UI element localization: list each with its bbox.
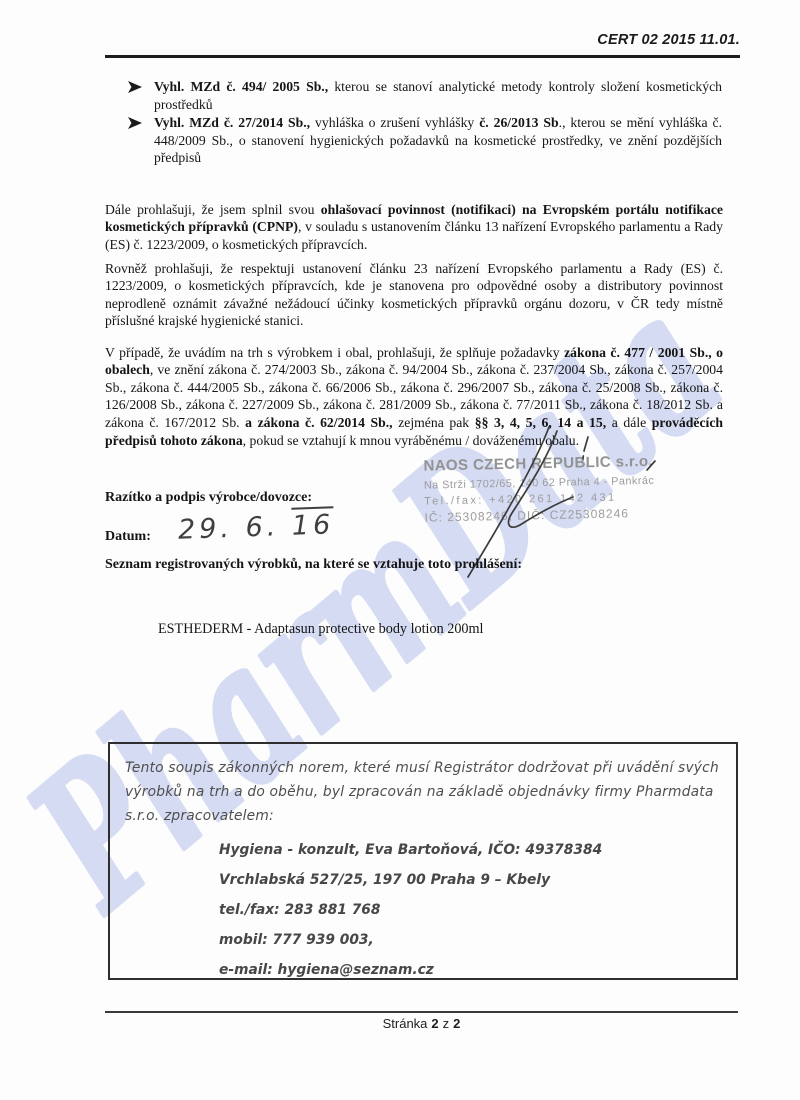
handwritten-date: 29. 6. 16 <box>178 509 335 545</box>
regulation-bullet-list: Vyhl. MZd č. 494/ 2005 Sb., kterou se st… <box>128 78 722 167</box>
contact-telfax: tel./fax: 283 881 768 <box>219 902 721 918</box>
document-code: CERT 02 2015 11.01. <box>597 32 740 48</box>
bullet-text: Vyhl. MZd č. 494/ 2005 Sb., kterou se st… <box>154 79 722 112</box>
company-stamp: NAOS CZECH REPUBLIC s.r.o. Na Strži 1702… <box>423 452 674 524</box>
footer-prefix: Stránka <box>383 1016 428 1031</box>
paragraph-text: zejména pak <box>393 415 475 430</box>
bullet-item-vyhl-27: Vyhl. MZd č. 27/2014 Sb., vyhláška o zru… <box>128 114 722 167</box>
bullet-bold: č. 26/2013 Sb <box>479 115 558 130</box>
paragraph-text: , pokud se vztahují k mnou vyráběnému / … <box>243 433 579 448</box>
paragraph-article-23: Rovněž prohlašuji, že respektuji ustanov… <box>105 260 723 330</box>
bullet-bold: Vyhl. MZd č. 27/2014 Sb., <box>154 115 310 130</box>
paragraph-bold: §§ 3, 4, 5, 6, 14 a 15, <box>475 415 606 430</box>
paragraph-text: V případě, že uvádím na trh s výrobkem i… <box>105 345 564 360</box>
header-rule <box>105 55 740 58</box>
date-label: Datum: <box>105 529 151 545</box>
note-intro: Tento soupis zákonných norem, které musí… <box>125 756 721 828</box>
scanned-document-page: PharmData CERT 02 2015 11.01. Vyhl. MZd … <box>0 0 800 1100</box>
contact-email: e-mail: hygiena@seznam.cz <box>219 962 721 978</box>
stamp-address: Na Strži 1702/65, 140 62 Praha 4 - Pankr… <box>424 474 674 491</box>
footer-page-number: 2 <box>431 1016 438 1031</box>
footer-rule <box>105 1011 738 1013</box>
stamp-company-name: NAOS CZECH REPUBLIC s.r.o. <box>423 452 673 474</box>
paragraph-notification: Dále prohlašuji, že jsem splnil svou ohl… <box>105 201 723 254</box>
paragraph-text: a dále <box>606 415 652 430</box>
paragraph-text: Dále prohlašuji, že jsem splnil svou <box>105 202 321 217</box>
paragraph-packaging-law: V případě, že uvádím na trh s výrobkem i… <box>105 344 723 450</box>
paragraph-bold: a zákona č. 62/2014 Sb., <box>245 415 392 430</box>
stamp-signature-label: Razítko a podpis výrobce/dovozce: <box>105 490 312 506</box>
footer-total-pages: 2 <box>453 1016 460 1031</box>
registered-products-label: Seznam registrovaných výrobků, na které … <box>105 557 522 573</box>
footer-separator: z <box>443 1016 450 1031</box>
date-day-month: 29. 6. <box>178 511 293 546</box>
bullet-rest: vyhláška o zrušení vyhlášky <box>310 115 479 130</box>
contact-mobile: mobil: 777 939 003, <box>219 932 721 948</box>
paragraph-text: Rovněž prohlašuji, že respektuji ustanov… <box>105 261 723 329</box>
contact-address: Vrchlabská 527/25, 197 00 Praha 9 – Kbel… <box>219 872 721 888</box>
arrow-bullet-icon <box>128 81 142 93</box>
page-indicator: Stránka2z2 <box>105 1016 738 1031</box>
product-line: ESTHEDERM - Adaptasun protective body lo… <box>158 621 484 638</box>
bullet-text: Vyhl. MZd č. 27/2014 Sb., vyhláška o zru… <box>154 115 722 165</box>
stamp-ids: IČ: 25308246, DIČ: CZ25308246 <box>424 505 674 524</box>
registrar-note-box: Tento soupis zákonných norem, které musí… <box>108 742 738 980</box>
bullet-bold: Vyhl. MZd č. 494/ 2005 Sb., <box>154 79 328 94</box>
arrow-bullet-icon <box>128 117 142 129</box>
stamp-phone: Tel./fax: +420 261 142 431 <box>424 490 674 507</box>
bullet-item-vyhl-494: Vyhl. MZd č. 494/ 2005 Sb., kterou se st… <box>128 78 722 113</box>
contact-company: Hygiena - konzult, Eva Bartoňová, IČO: 4… <box>219 842 721 858</box>
date-year: 16 <box>291 506 335 541</box>
